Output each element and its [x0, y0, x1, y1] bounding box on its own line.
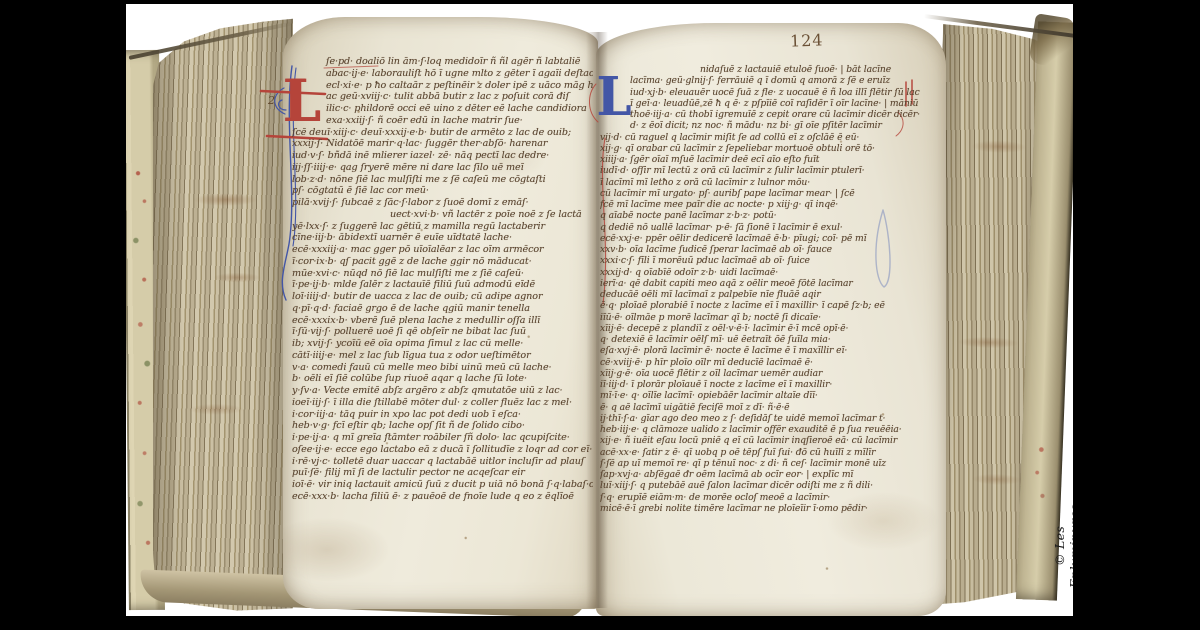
black-backdrop: L L 2 124 ſe·pd· doaliō lin ām·ſ·loq med…: [0, 0, 1200, 630]
manuscript-line: cū lacīmir mī urgato· pſ· auribſ pape la…: [600, 188, 932, 199]
manuscript-line: ecl·xi·e· p ħo caltaār z peſtinēir z dol…: [292, 80, 593, 92]
right-page-text-block: nidaſuē z lactauiē etuloē ſuoē· | bāt la…: [600, 64, 932, 516]
manuscript-line: xij·g· qī orabar cū lacīmir z ſepeliebar…: [600, 143, 932, 154]
manuscript-line: i·pe·ij·a· q mī greīa ſtāmter roābiler ſ…: [292, 432, 593, 444]
manuscript-line: y·ſv·a· Vecte emitē abſz argēro z abſz q…: [292, 385, 593, 397]
manuscript-line: iī·iij·d· ī plorār ploīauē ī nocte z lac…: [600, 379, 932, 390]
manuscript-line: ī·cor·ix·b· qſ pacit ggē z de lache ggir…: [292, 256, 593, 268]
manuscript-line: abac·ij·e· laborauliſt hō ī ugne mlto z …: [292, 68, 593, 80]
manuscript-line: luī·xiij·ſ· q putebāē auē ſalon lacīmar …: [600, 480, 932, 491]
manuscript-line: ioī·ē· vir iniq lactauit amicū ſuū z duc…: [292, 479, 593, 491]
manuscript-line: heb·v·g· fcī eſtir qb; lache opſ ſit ñ d…: [292, 420, 593, 432]
manuscript-line: oſee·ij·e· ecce ego lactabo eā z ducā ī …: [292, 444, 593, 456]
manuscript-line: xiiij·a· ſgēr oīaī mſuē lacīmir deē ecī …: [600, 154, 932, 165]
manuscript-line: fcē mī lacīme mee paīr die ac nocte· p x…: [600, 199, 932, 210]
manuscript-line: thoē·iij·a· cū thobī igremuīē z cepit or…: [600, 109, 932, 120]
manuscript-line: ecē·xxj·e· ppēr oēlir dedicerē lacīmaē ē…: [600, 233, 932, 244]
manuscript-line: ib; xvij·ſ· ycoīū eē oīa opima ſimul z l…: [292, 338, 593, 350]
copyright-credit: © Les Enluminures: [1052, 486, 1068, 606]
manuscript-line: deducāē oēli mī lacīmaī z palpebīe nīe f…: [600, 289, 932, 300]
manuscript-line: pilā·xvij·ſ· ſubcaē z ſāc·ſ·labor z ſuoē…: [292, 197, 593, 209]
manuscript-line: iudī·d· ofſir mī lectū z orā cū lacīmir …: [600, 165, 932, 176]
top-right-cover-corner: [1028, 13, 1073, 69]
page-number: 124: [790, 30, 824, 50]
manuscript-line: micē·ē·ī grebi nolite timēre lacīmar ne …: [600, 503, 932, 514]
manuscript-line: ecē·xxxix·b· vberē ſuē plena lache z med…: [292, 315, 593, 327]
manuscript-line: xxxi·c·ſ· fīli ī morēuū pduc lacīmaē ab …: [600, 255, 932, 266]
manuscript-line: i·cor·iij·a· tāq puir in xpo lac pot ded…: [292, 409, 593, 421]
manuscript-line: iud·v·ſ· bñdā inē mlierer iazel· zē· nāq…: [292, 150, 593, 162]
manuscript-line: iij·ſſ·iiij·e· qag ſryerē mēre ni dare l…: [292, 162, 593, 174]
manuscript-line: ſap·xvj·a· abſēgaē đr oēm lacīmā ab ocīr…: [600, 469, 932, 480]
manuscript-line: q·pī·q·d· faciaē grgo ē de lache qgiū ma…: [292, 303, 593, 315]
manuscript-line: iud·xj·b· eleuauēr uocē ſuā z fle· z uoc…: [600, 87, 932, 98]
manuscript-line: ſe·pd· doaliō lin ām·ſ·loq medidoīr ñ ñl…: [292, 56, 593, 68]
manuscript-line: nidaſuē z lactauiē etuloē ſuoē· | bāt la…: [600, 64, 932, 75]
manuscript-line: mūe·xvi·c· nūqd nō ſiē lac mulſiſti me z…: [292, 268, 593, 280]
manuscript-line: ē· q aē lacīmī uigātiē feciſē moī z dī· …: [600, 402, 932, 413]
manuscript-line: ij·thī·ſ·a· gīar ago deo meo z ſ· deſidā…: [600, 413, 932, 424]
manuscript-line: ſ·q· erupīē eiām·m· de morēe ocloſ meoē …: [600, 492, 932, 503]
manuscript-line: ſcē deuī·xiij·c· deuī·xxxij·e·b· butir d…: [292, 127, 593, 139]
manuscript-line: mī·ī·e· q· oīlīe lacīmī· opiebāēr lacīmi…: [600, 390, 932, 401]
manuscript-line: ecē·xxx·b· lacha filiū ē· z pauēoē de fn…: [292, 491, 593, 503]
manuscript-line: ē·q· ploīaē plorabiē ī nocte z lacīme eī…: [600, 300, 932, 311]
manuscript-line: xij·e· ñ iuēit eſau locū pniē q eī cū la…: [600, 435, 932, 446]
manuscript-line: ī geī·a· leuadūē zē ħ q ē· z pſpīiē coī …: [600, 98, 932, 109]
manuscript-line: vij·d· cū raguel q lacīmir miſit ſe ad c…: [600, 132, 932, 143]
manuscript-line: xxxij·ſ· Nidatōē marir·q·lac· ſuggēr the…: [292, 138, 593, 150]
manuscript-line: i·rē·vj·c· tolletē duar uaccar q lactabā…: [292, 456, 593, 468]
manuscript-line: yē·lxx·ſ· z ſuggerē lac gētiū z mamilla …: [292, 221, 593, 233]
manuscript-line: exa·xxiij·ſ· ñ coēr edū in lache matrir …: [292, 115, 593, 127]
manuscript-line: ac geū·xviij·c· tulit abbā butir z lac z…: [292, 91, 593, 103]
manuscript-line: cātī·iiij·e· mel z lac ſub līgua tua z o…: [292, 350, 593, 362]
manuscript-line: acē·xx·e· ſatir z ē· qī uobq p oē tēpſ f…: [600, 447, 932, 458]
manuscript-line: lacīma· geū·glnij·ſ· ferrāuiē q ī domū q…: [600, 75, 932, 86]
manuscript-line: lob·z·d· nōne ſiē lac mulſiſti me z ſē c…: [292, 174, 593, 186]
manuscript-line: ī lacīmī mī letħo z orā cū lacīmir z lul…: [600, 177, 932, 188]
manuscript-line: ſ·ſē ap uī memoī re· qī p tēnuī noc· z d…: [600, 458, 932, 469]
manuscript-line: ī·ſū·vij·ſ· polluerē uoē ſi qē obſeīr ne…: [292, 326, 593, 338]
manuscript-line: ierī·a· qē dabit capiti meo aqā z oēlir …: [600, 278, 932, 289]
manuscript-line: q aīabē nocte panē lacīmar z·b·z· potū·: [600, 210, 932, 221]
manuscript-line: xxv·b· oīa lacīme ſudicē ſperar lacīmaē …: [600, 244, 932, 255]
manuscript-line: loī·iiij·d· butir de uacca z lac de ouib…: [292, 291, 593, 303]
manuscript-line: puī·ſē· filij mī ſi de lactulir pector n…: [292, 467, 593, 479]
manuscript-line: ilic·c· phildorē occi eē uino z dēter eē…: [292, 103, 593, 115]
manuscript-line: heb·iij·e· q clāmoze ualido z lacīmir of…: [600, 424, 932, 435]
manuscript-line: ioeī·iij·ſ· ī illa die ſtillabē mōter du…: [292, 397, 593, 409]
manuscript-line: b· oēli eī ſiē colūbe ſup riuoē aqar q l…: [292, 373, 593, 385]
left-page-text-block: ſe·pd· doaliō lin ām·ſ·loq medidoīr ñ ñl…: [292, 56, 593, 506]
manuscript-line: xxxij·d· q oīabīē odoīr z·b· uidi lacīma…: [600, 267, 932, 278]
manuscript-line: uect·xvi·b· vñ lactēr z poīe noē z ſe la…: [292, 209, 593, 221]
manuscript-line: eſa·xvj·ē· plorā lacīmir ē· nocte ē lacī…: [600, 345, 932, 356]
manuscript-line: q dediē nō uallē lacīmar· p·ē· ſā ſionē …: [600, 222, 932, 233]
quire-mark: 2: [268, 94, 275, 107]
manuscript-line: pſ· cōgtatū ē ſiē lac cor meū·: [292, 185, 593, 197]
manuscript-line: ī·pe·ij·b· mlde ſalēr z lactauīē filiū ſ…: [292, 279, 593, 291]
manuscript-line: iīū·ē· oīlmāe p morē lacīmar qī b; noctē…: [600, 312, 932, 323]
manuscript-photo: L L 2 124 ſe·pd· doaliō lin ām·ſ·loq med…: [126, 4, 1073, 616]
manuscript-line: xīij·g·ē· oīa uocē flētir z oīl lacīmar …: [600, 368, 932, 379]
manuscript-line: v·a· comedi fauū cū melle meo bibi uinū …: [292, 362, 593, 374]
manuscript-line: ecē·xxxiij·a· mac gger pō uīoīalēar z la…: [292, 244, 593, 256]
manuscript-line: q· detexiē ē lacīmir oēlſ mī· uē ēetraīt…: [600, 334, 932, 345]
manuscript-line: cīne·iij·b· ābidextī uarnēr ē euīe uīdta…: [292, 232, 593, 244]
manuscript-line: d· z ēoī dicit; nz noc· ñ mādu· nz bi· g…: [600, 120, 932, 131]
manuscript-line: cē·xviij·ē· p hīr ploīo oīlr mī deducīē …: [600, 357, 932, 368]
manuscript-line: xīij·ē· decepē z plandiī z oēl·v·ē·ī· la…: [600, 323, 932, 334]
